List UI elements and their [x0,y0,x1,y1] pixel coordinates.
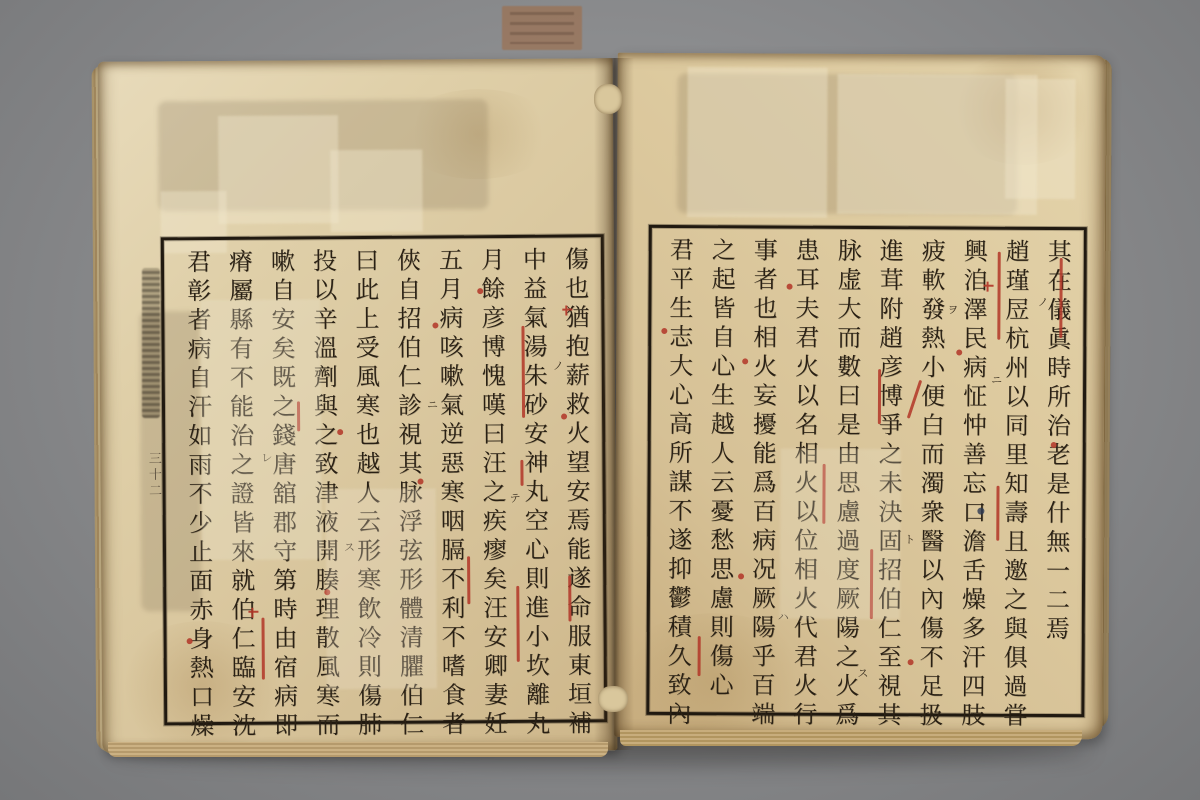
repair-patch [218,115,339,224]
text-column: 俠自招伯仁診視其脉浮弦形體清臞伯仁 [391,247,430,740]
text-column: 五月病咳嗽氣逆惡寒咽膈不利不嗜食者 [433,246,472,739]
red-annotation-mark [562,305,572,315]
kunten-mark: ス [344,539,355,555]
red-annotation-mark [738,573,744,579]
text-column: 之起皆自心生越人云憂愁思慮則傷心 [703,236,741,700]
red-annotation-mark [822,464,825,524]
red-annotation-mark [878,369,881,424]
text-column: 曰此上受風寒也越人云形寒飲冷則傷肺 [349,247,388,740]
red-annotation-mark [187,638,193,644]
red-annotation-mark [297,401,300,431]
text-column: 月餘彦博愧嘆曰汪之疾瘳矣汪安卿妻妊 [475,246,514,739]
red-annotation-mark [956,350,962,356]
red-annotation-mark [467,556,470,604]
ink-spot [977,508,984,515]
text-column: 疲軟發熱小便白而濁衆醫以內傷不足扱 [913,237,952,730]
kunten-mark: ノ [553,358,564,374]
text-column: 興洎澤民病怔忡善忘口澹舌燥多汗四肢 [955,238,994,731]
text-column: 中益氣湯朱砂安神丸空心則進小坎離丸 [517,246,556,739]
text-column: 傷也猶抱薪救火望安焉能遂命服東垣補 [559,245,598,738]
red-annotation-mark [324,589,330,595]
kunten-mark: テ [510,490,521,506]
binding-twist [594,84,622,114]
repair-patch [330,150,423,233]
red-annotation-mark [477,288,483,294]
red-annotation-mark [568,576,571,622]
book-gutter [594,58,634,750]
left-page: 傷也猶抱薪救火望安焉能遂命服東垣補 中益氣湯朱砂安神丸空心則進小坎離丸 月餘彦博… [98,58,618,754]
kunten-mark: ト [904,531,915,547]
kunten-mark: ニ [427,396,438,412]
red-annotation-mark [520,460,523,486]
kunten-mark: ハ [778,609,789,625]
binding-twist [598,686,628,712]
text-column: 患耳夫君火以名相火以位相火代君火行 [787,237,826,730]
text-column: 脉虚大而數曰是由思慮過度厥陽之火爲 [829,237,868,730]
red-annotation-mark [996,486,999,541]
spine-label-sticker [502,6,582,50]
text-column: 事者也相火妄擾能爲百病况厥陽乎百端 [745,236,784,729]
kunten-mark: ノ [1037,294,1048,310]
red-annotation-mark [1051,442,1057,448]
text-column: 投以辛溫劑與之致津液開腠理散風寒而 [307,247,346,740]
text-column: 瘠屬縣有不能治之證皆來就伯仁臨安沈 [223,248,262,741]
fold-title-strip [142,268,160,418]
text-column: 君彰者病自汗如雨不少止面赤身熱口燥 [181,248,220,741]
red-annotation-mark [787,284,793,290]
left-text-frame: 傷也猶抱薪救火望安焉能遂命服東垣補 中益氣湯朱砂安神丸空心則進小坎離丸 月餘彦博… [161,234,607,725]
red-annotation-mark [432,322,438,328]
right-page: 其在儀眞時所治老是什無一二焉 趙瑾㞐杭州以同里知壽且邀之與俱過甞 興洎澤民病怔忡… [614,53,1106,740]
page-stack-edge-bottom-right [620,730,1082,746]
red-annotation-mark [908,659,914,665]
kunten-mark: ニ [991,372,1002,388]
red-annotation-mark [561,414,567,420]
kunten-mark: レ [261,450,272,466]
text-column: 進茸附趙彦博爭之未決固招伯仁至視其 [871,237,910,730]
folio-number: 三十二 [148,452,163,500]
photograph-of-open-book: 傷也猶抱薪救火望安焉能遂命服東垣補 中益氣湯朱砂安神丸空心則進小坎離丸 月餘彦博… [0,0,1200,800]
kunten-mark: ヲ [947,301,958,317]
red-annotation-mark [337,429,343,435]
red-annotation-mark [661,328,667,334]
red-annotation-mark [248,608,258,618]
red-annotation-mark [984,282,994,292]
repair-patch [837,74,1038,215]
right-text-frame: 其在儀眞時所治老是什無一二焉 趙瑾㞐杭州以同里知壽且邀之與俱過甞 興洎澤民病怔忡… [646,225,1087,717]
red-annotation-mark [418,479,424,485]
red-annotation-mark [1059,258,1062,338]
red-annotation-mark [516,586,520,662]
red-annotation-mark [261,618,264,680]
text-column: 嗽自安矣既之錢唐舘郡守第時由宿病即 [265,247,304,740]
red-annotation-mark [698,636,701,676]
repair-patch [1005,79,1076,199]
red-annotation-mark [870,549,873,619]
red-annotation-mark [997,252,1000,340]
repair-patch [687,67,828,218]
text-column: 趙瑾㞐杭州以同里知壽且邀之與俱過甞 [997,238,1036,731]
text-column: 君平生志大心高所謀不遂抑鬱積久致內 [661,236,700,729]
kunten-mark: ス [858,665,869,681]
red-annotation-mark [521,326,525,418]
red-annotation-mark [742,358,748,364]
page-stack-edge-bottom-left [108,742,608,757]
